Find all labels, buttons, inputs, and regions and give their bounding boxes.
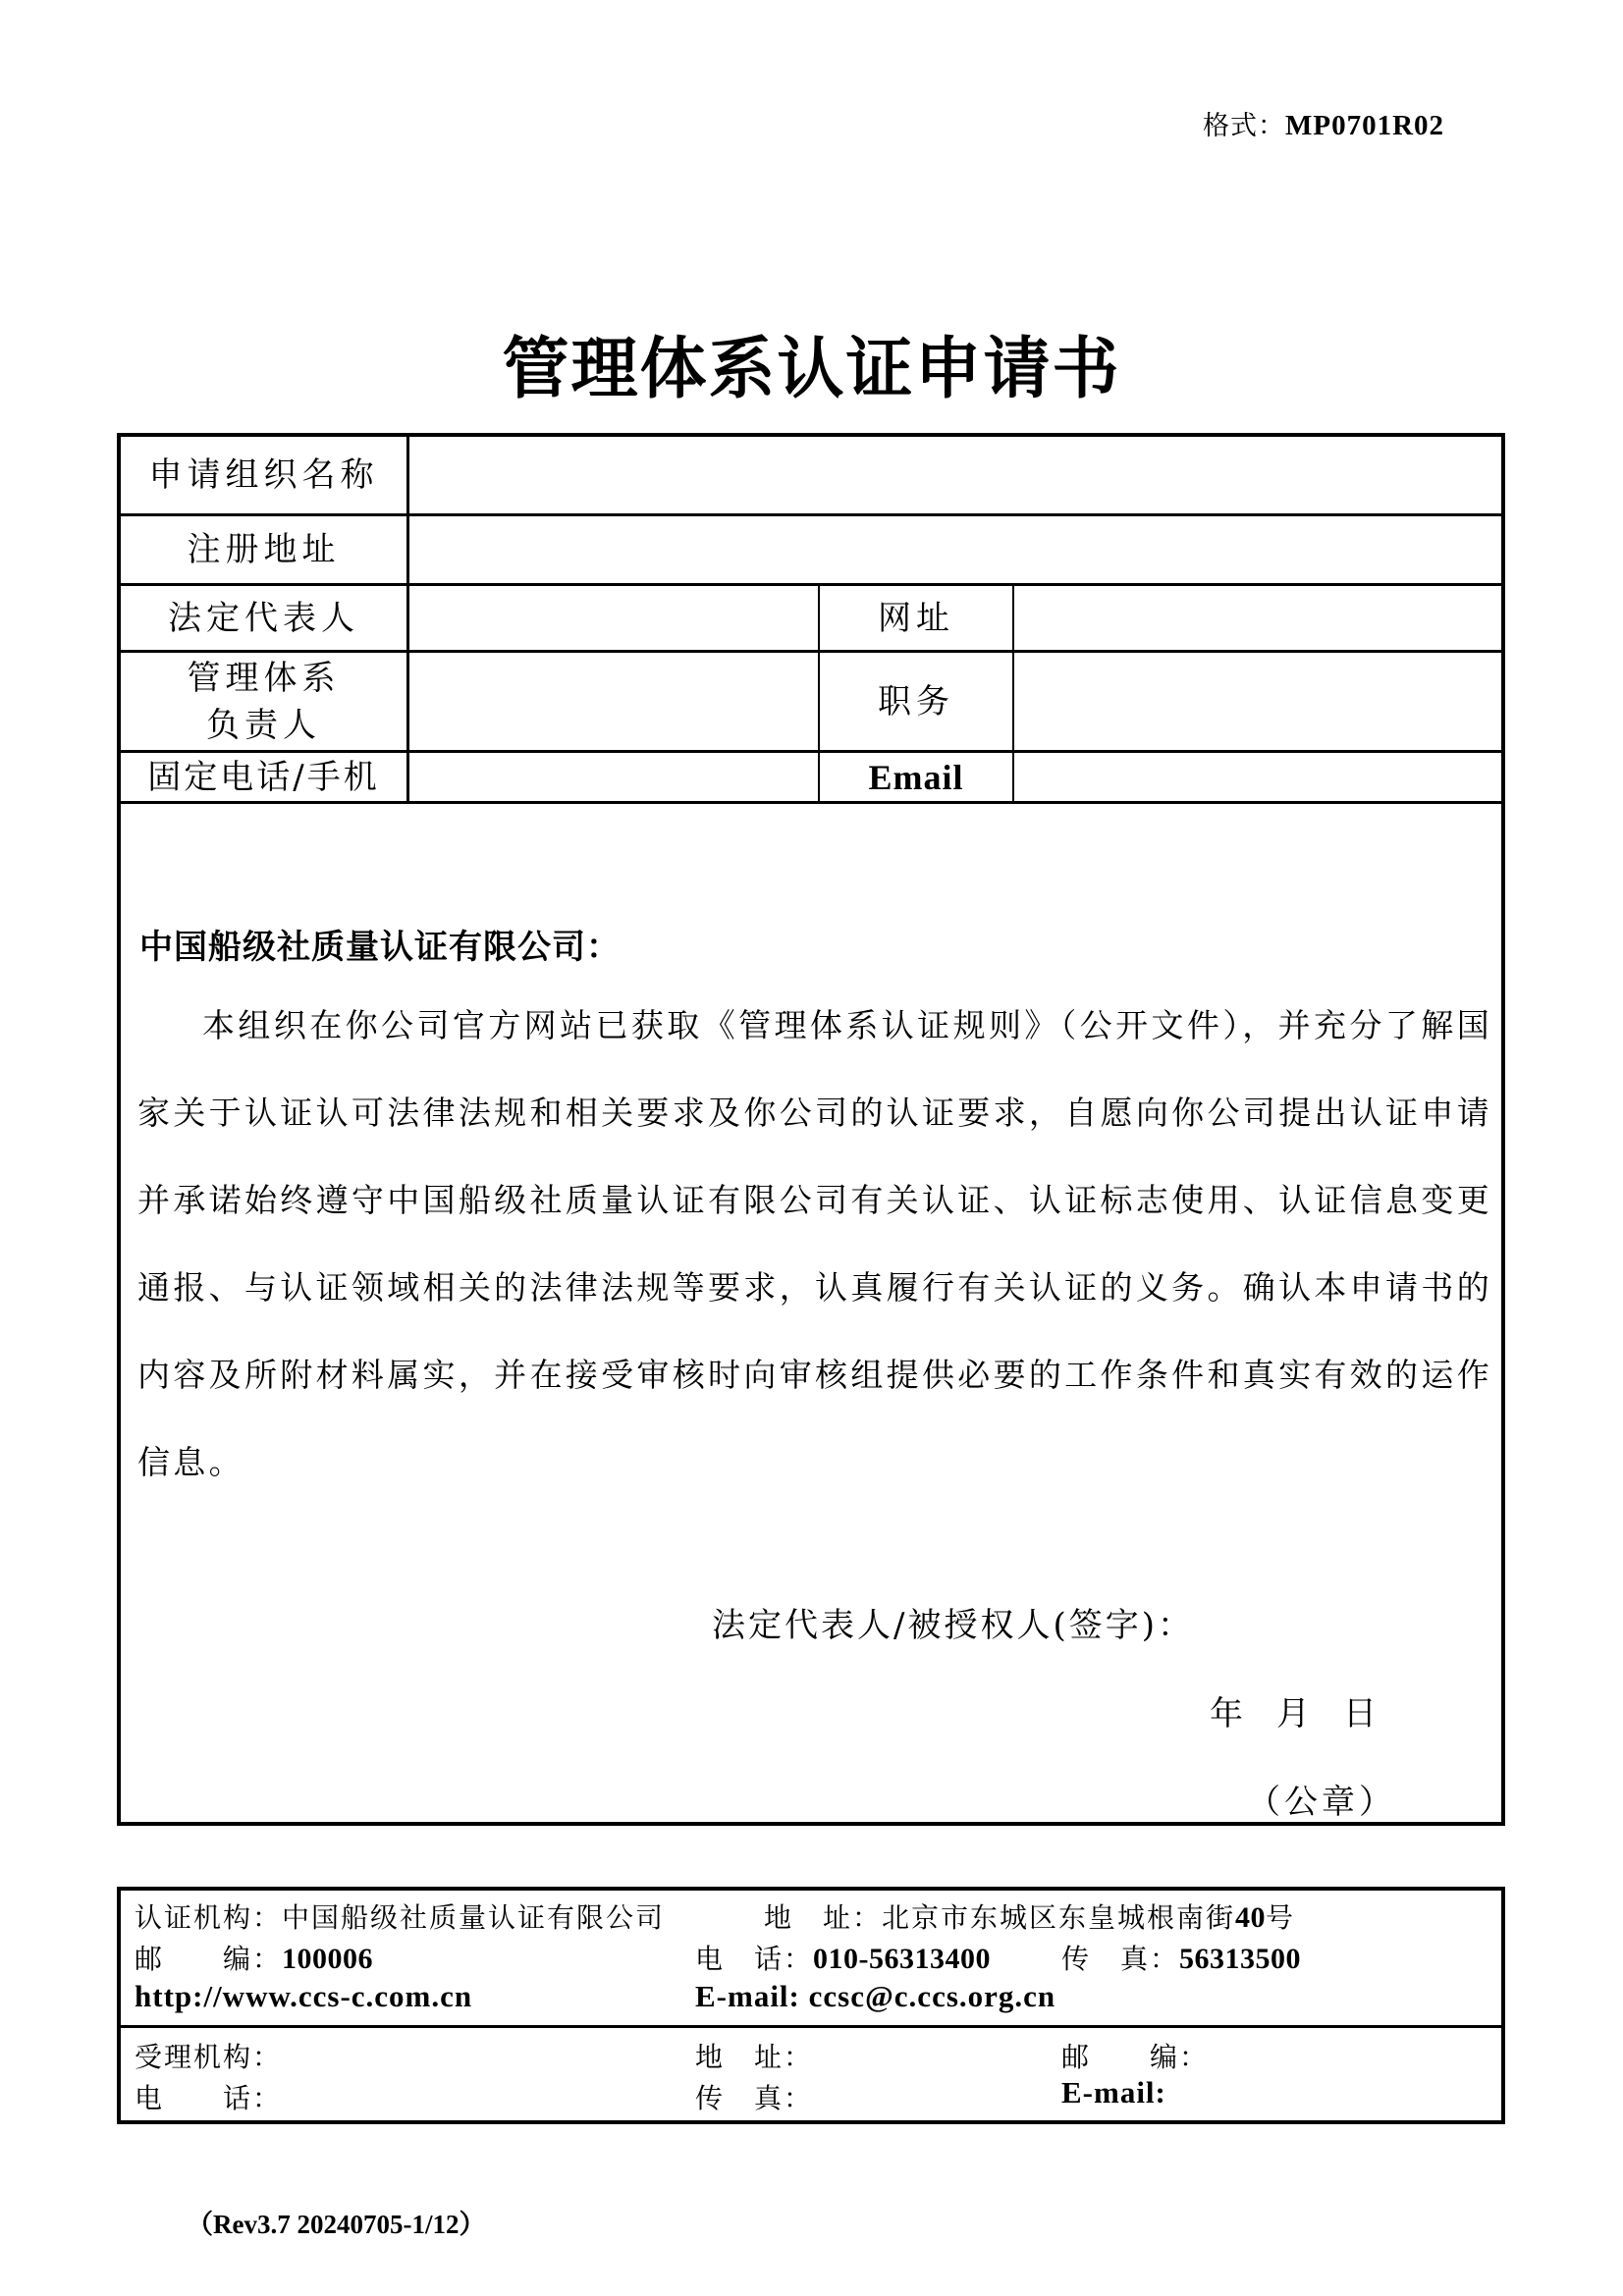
info-divider	[121, 2025, 1505, 2028]
accepting-fax-label: 传 真：	[695, 2077, 813, 2116]
ms-manager-label: 管理体系 负责人	[121, 653, 406, 750]
legal-rep-label: 法定代表人	[121, 586, 406, 650]
page-title: 管理体系认证申请书	[0, 316, 1623, 411]
postcode-label: 邮 编：	[135, 1943, 282, 1975]
fax-line: 传 真：56313500	[1061, 1938, 1301, 1977]
email-label: Email	[820, 753, 1012, 801]
info-email-value[interactable]: ccsc@c.ccs.org.cn	[809, 1979, 1056, 2013]
revision-code: （Rev3.7 20240705-1/12）	[187, 2203, 485, 2241]
reg-address-field[interactable]	[409, 516, 1505, 583]
website-label: 网址	[820, 586, 1012, 650]
legal-rep-field[interactable]	[409, 586, 818, 650]
address-number: 40	[1235, 1901, 1266, 1934]
website-field[interactable]	[1015, 586, 1505, 650]
certification-body-info: 认证机构：中国船级社质量认证有限公司 地 址：北京市东城区东皇城根南街40号 邮…	[117, 1887, 1505, 2124]
seal-label: （公章）	[1247, 1775, 1396, 1823]
declaration-text: 本组织在你公司官方网站已获取《管理体系认证规则》（公开文件），并充分了解国家关于…	[137, 982, 1492, 1506]
format-label: 格式：	[1203, 111, 1285, 141]
date-label: 年 月 日	[1210, 1686, 1377, 1735]
info-email-label: E-mail:	[695, 1979, 800, 2013]
accepting-tel-label: 电 话：	[135, 2077, 282, 2116]
revision-text: （Rev3.7 20240705-1/12）	[187, 2210, 485, 2239]
ms-manager-label-line1: 管理体系	[188, 655, 341, 702]
postcode-value: 100006	[282, 1943, 373, 1975]
phone-label: 固定电话/手机	[121, 753, 406, 801]
signature-label: 法定代表人/被授权人(签字)：	[712, 1598, 1194, 1646]
declaration-body: 本组织在你公司官方网站已获取《管理体系认证规则》（公开文件），并充分了解国家关于…	[137, 982, 1492, 1506]
row-divider	[121, 801, 1505, 804]
format-code-value: MP0701R02	[1285, 110, 1444, 141]
reg-address-label: 注册地址	[121, 516, 406, 583]
accepting-postcode-label: 邮 编：	[1061, 2036, 1209, 2075]
org-name-field[interactable]	[409, 437, 1505, 513]
tel-value: 010-56313400	[813, 1943, 991, 1975]
ms-manager-field[interactable]	[409, 653, 818, 750]
fax-value: 56313500	[1179, 1943, 1301, 1975]
tel-label: 电 话：	[695, 1943, 813, 1975]
accepting-address-label: 地 址：	[695, 2036, 813, 2075]
phone-field[interactable]	[409, 753, 818, 801]
accepting-email-label: E-mail:	[1061, 2075, 1166, 2110]
cert-body-line: 认证机构：中国船级社质量认证有限公司	[135, 1896, 665, 1936]
addressee: 中国船级社质量认证有限公司：	[139, 920, 621, 968]
address-value: 北京市东城区东皇城根南街	[882, 1901, 1235, 1934]
format-code: 格式：MP0701R02	[1203, 104, 1444, 142]
position-label: 职务	[820, 653, 1012, 750]
website-link[interactable]: http://www.ccs-c.com.cn	[135, 1979, 472, 2014]
position-field[interactable]	[1015, 653, 1505, 750]
accepting-body-label: 受理机构：	[135, 2036, 282, 2075]
tel-line: 电 话：010-56313400	[695, 1938, 991, 1977]
address-suffix: 号	[1266, 1901, 1295, 1934]
address-line: 地 址：北京市东城区东皇城根南街40号	[764, 1896, 1295, 1936]
fax-label: 传 真：	[1061, 1943, 1179, 1975]
col-divider	[1012, 584, 1014, 803]
org-name-label: 申请组织名称	[121, 437, 406, 513]
email-field[interactable]	[1015, 753, 1505, 801]
address-label: 地 址：	[764, 1901, 882, 1934]
cert-body-label: 认证机构：	[135, 1901, 282, 1934]
postcode-line: 邮 编：100006	[135, 1938, 373, 1977]
ms-manager-label-line2: 负责人	[206, 702, 321, 749]
cert-body-value: 中国船级社质量认证有限公司	[282, 1901, 665, 1934]
email-line: E-mail: ccsc@c.ccs.org.cn	[695, 1979, 1055, 2014]
